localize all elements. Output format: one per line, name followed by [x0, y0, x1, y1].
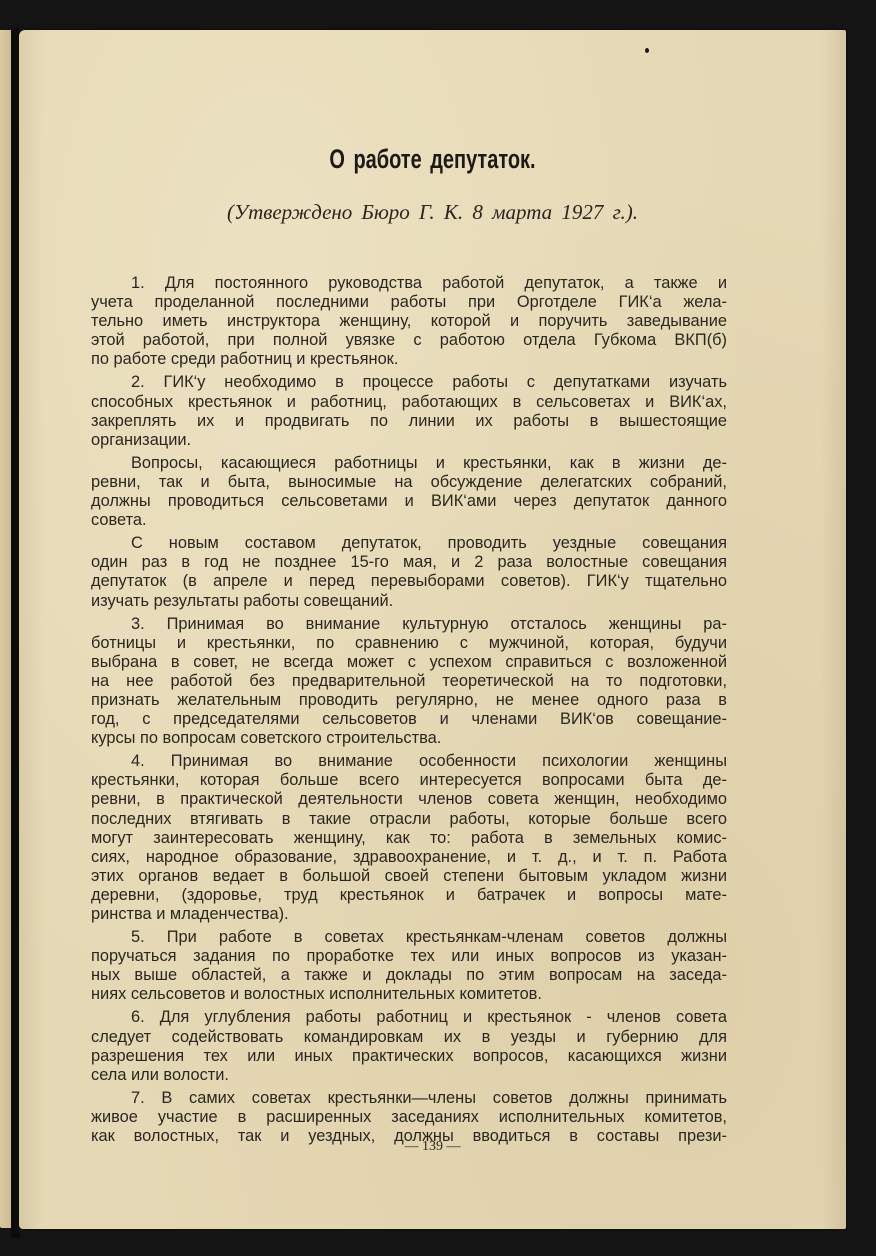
page-number: — 139 —: [19, 1139, 846, 1155]
text-line: 4. Принимая во внимание особенности псих…: [51, 752, 727, 771]
text-line: курсы по вопросам советского строительст…: [51, 729, 727, 748]
text-line: С новым составом депутаток, проводить уе…: [51, 534, 727, 553]
text-line: организации.: [51, 431, 727, 450]
text-line: следует содействовать командировкам их в…: [51, 1028, 727, 1047]
text-line: ревни, в практической деятельности члено…: [51, 790, 727, 809]
text-line: поручаться задания по проработке тех или…: [51, 947, 727, 966]
text-line: сиях, народное образование, здравоохране…: [51, 848, 727, 867]
text-line: 6. Для углубления работы работниц и крес…: [51, 1008, 727, 1027]
paragraph-7: 7. В самих советах крестьянки—члены сове…: [51, 1089, 727, 1146]
text-line: способных крестьянок и работниц, работаю…: [51, 393, 727, 412]
text-line: ных выше областей, а также и доклады по …: [51, 966, 727, 985]
text-line: депутаток (в апреле и перед перевыборами…: [51, 572, 727, 591]
text-line: закреплять их и продвигать по линии их р…: [51, 412, 727, 431]
text-line: крестьянки, которая больше всего интерес…: [51, 771, 727, 790]
paragraph-3: 3. Принимая во внимание культурную отста…: [51, 615, 727, 749]
paragraph-4: 4. Принимая во внимание особенности псих…: [51, 752, 727, 924]
text-line: совета.: [51, 511, 727, 530]
text-line: 1. Для постоянного руководства работой д…: [51, 274, 727, 293]
text-line: ревни, так и быта, выносимые на обсужден…: [51, 473, 727, 492]
page-title: О работе депутаток.: [127, 144, 739, 175]
text-line: этой работой, при полной увязке с работо…: [51, 331, 727, 350]
text-line: год, с председателями сельсоветов и член…: [51, 710, 727, 729]
paragraph-2-meetings: С новым составом депутаток, проводить уе…: [51, 534, 727, 610]
paragraph-1: 1. Для постоянного руководства работой д…: [51, 274, 727, 369]
text-line: могут заинтересовать женщину, как то: ра…: [51, 829, 727, 848]
text-line: этих органов ведает в большой своей степ…: [51, 867, 727, 886]
paragraph-2: 2. ГИК‘у необходимо в процессе работы с …: [51, 373, 727, 449]
text-line: ботницы и крестьянки, по сравнению с муж…: [51, 634, 727, 653]
text-line: ринства и младенчества).: [51, 905, 727, 924]
approval-note: (Утверждено Бюро Г. К. 8 марта 1927 г.).: [19, 200, 846, 225]
paragraph-6: 6. Для углубления работы работниц и крес…: [51, 1008, 727, 1084]
text-line: 3. Принимая во внимание культурную отста…: [51, 615, 727, 634]
text-line: последних втягивать в такие отрасли рабо…: [51, 810, 727, 829]
paragraph-5: 5. При работе в советах крестьянкам-член…: [51, 928, 727, 1004]
text-line: по работе среди работниц и крестьянок.: [51, 350, 727, 369]
text-line: признать желательным проводить регулярно…: [51, 691, 727, 710]
text-line: на нее работой без предварительной теоре…: [51, 672, 727, 691]
text-line: ниях сельсоветов и волостных исполнитель…: [51, 985, 727, 1004]
paragraph-2-questions: Вопросы, касающиеся работницы и крестьян…: [51, 454, 727, 530]
ink-speck: [645, 48, 649, 53]
text-line: тельно иметь инструктора женщину, которо…: [51, 312, 727, 331]
text-line: села или волости.: [51, 1066, 727, 1085]
text-line: 5. При работе в советах крестьянкам-член…: [51, 928, 727, 947]
text-line: Вопросы, касающиеся работницы и крестьян…: [51, 454, 727, 473]
document-body: 1. Для постоянного руководства работой д…: [51, 274, 727, 1146]
text-line: 7. В самих советах крестьянки—члены сове…: [51, 1089, 727, 1108]
document-page: О работе депутаток. (Утверждено Бюро Г. …: [19, 30, 846, 1229]
text-line: один раз в год не позднее 15-го мая, и 2…: [51, 553, 727, 572]
text-line: учета проделанной последними работы при …: [51, 293, 727, 312]
text-line: живое участие в расширенных заседаниях и…: [51, 1108, 727, 1127]
text-line: разрешения тех или иных практических воп…: [51, 1047, 727, 1066]
text-line: должны проводиться сельсоветами и ВИК‘ам…: [51, 492, 727, 511]
text-line: выбрана в совет, не всегда может с успех…: [51, 653, 727, 672]
text-line: деревни, (здоровье, труд крестьянок и ба…: [51, 886, 727, 905]
text-line: изучать результаты работы совещаний.: [51, 592, 727, 611]
text-line: 2. ГИК‘у необходимо в процессе работы с …: [51, 373, 727, 392]
